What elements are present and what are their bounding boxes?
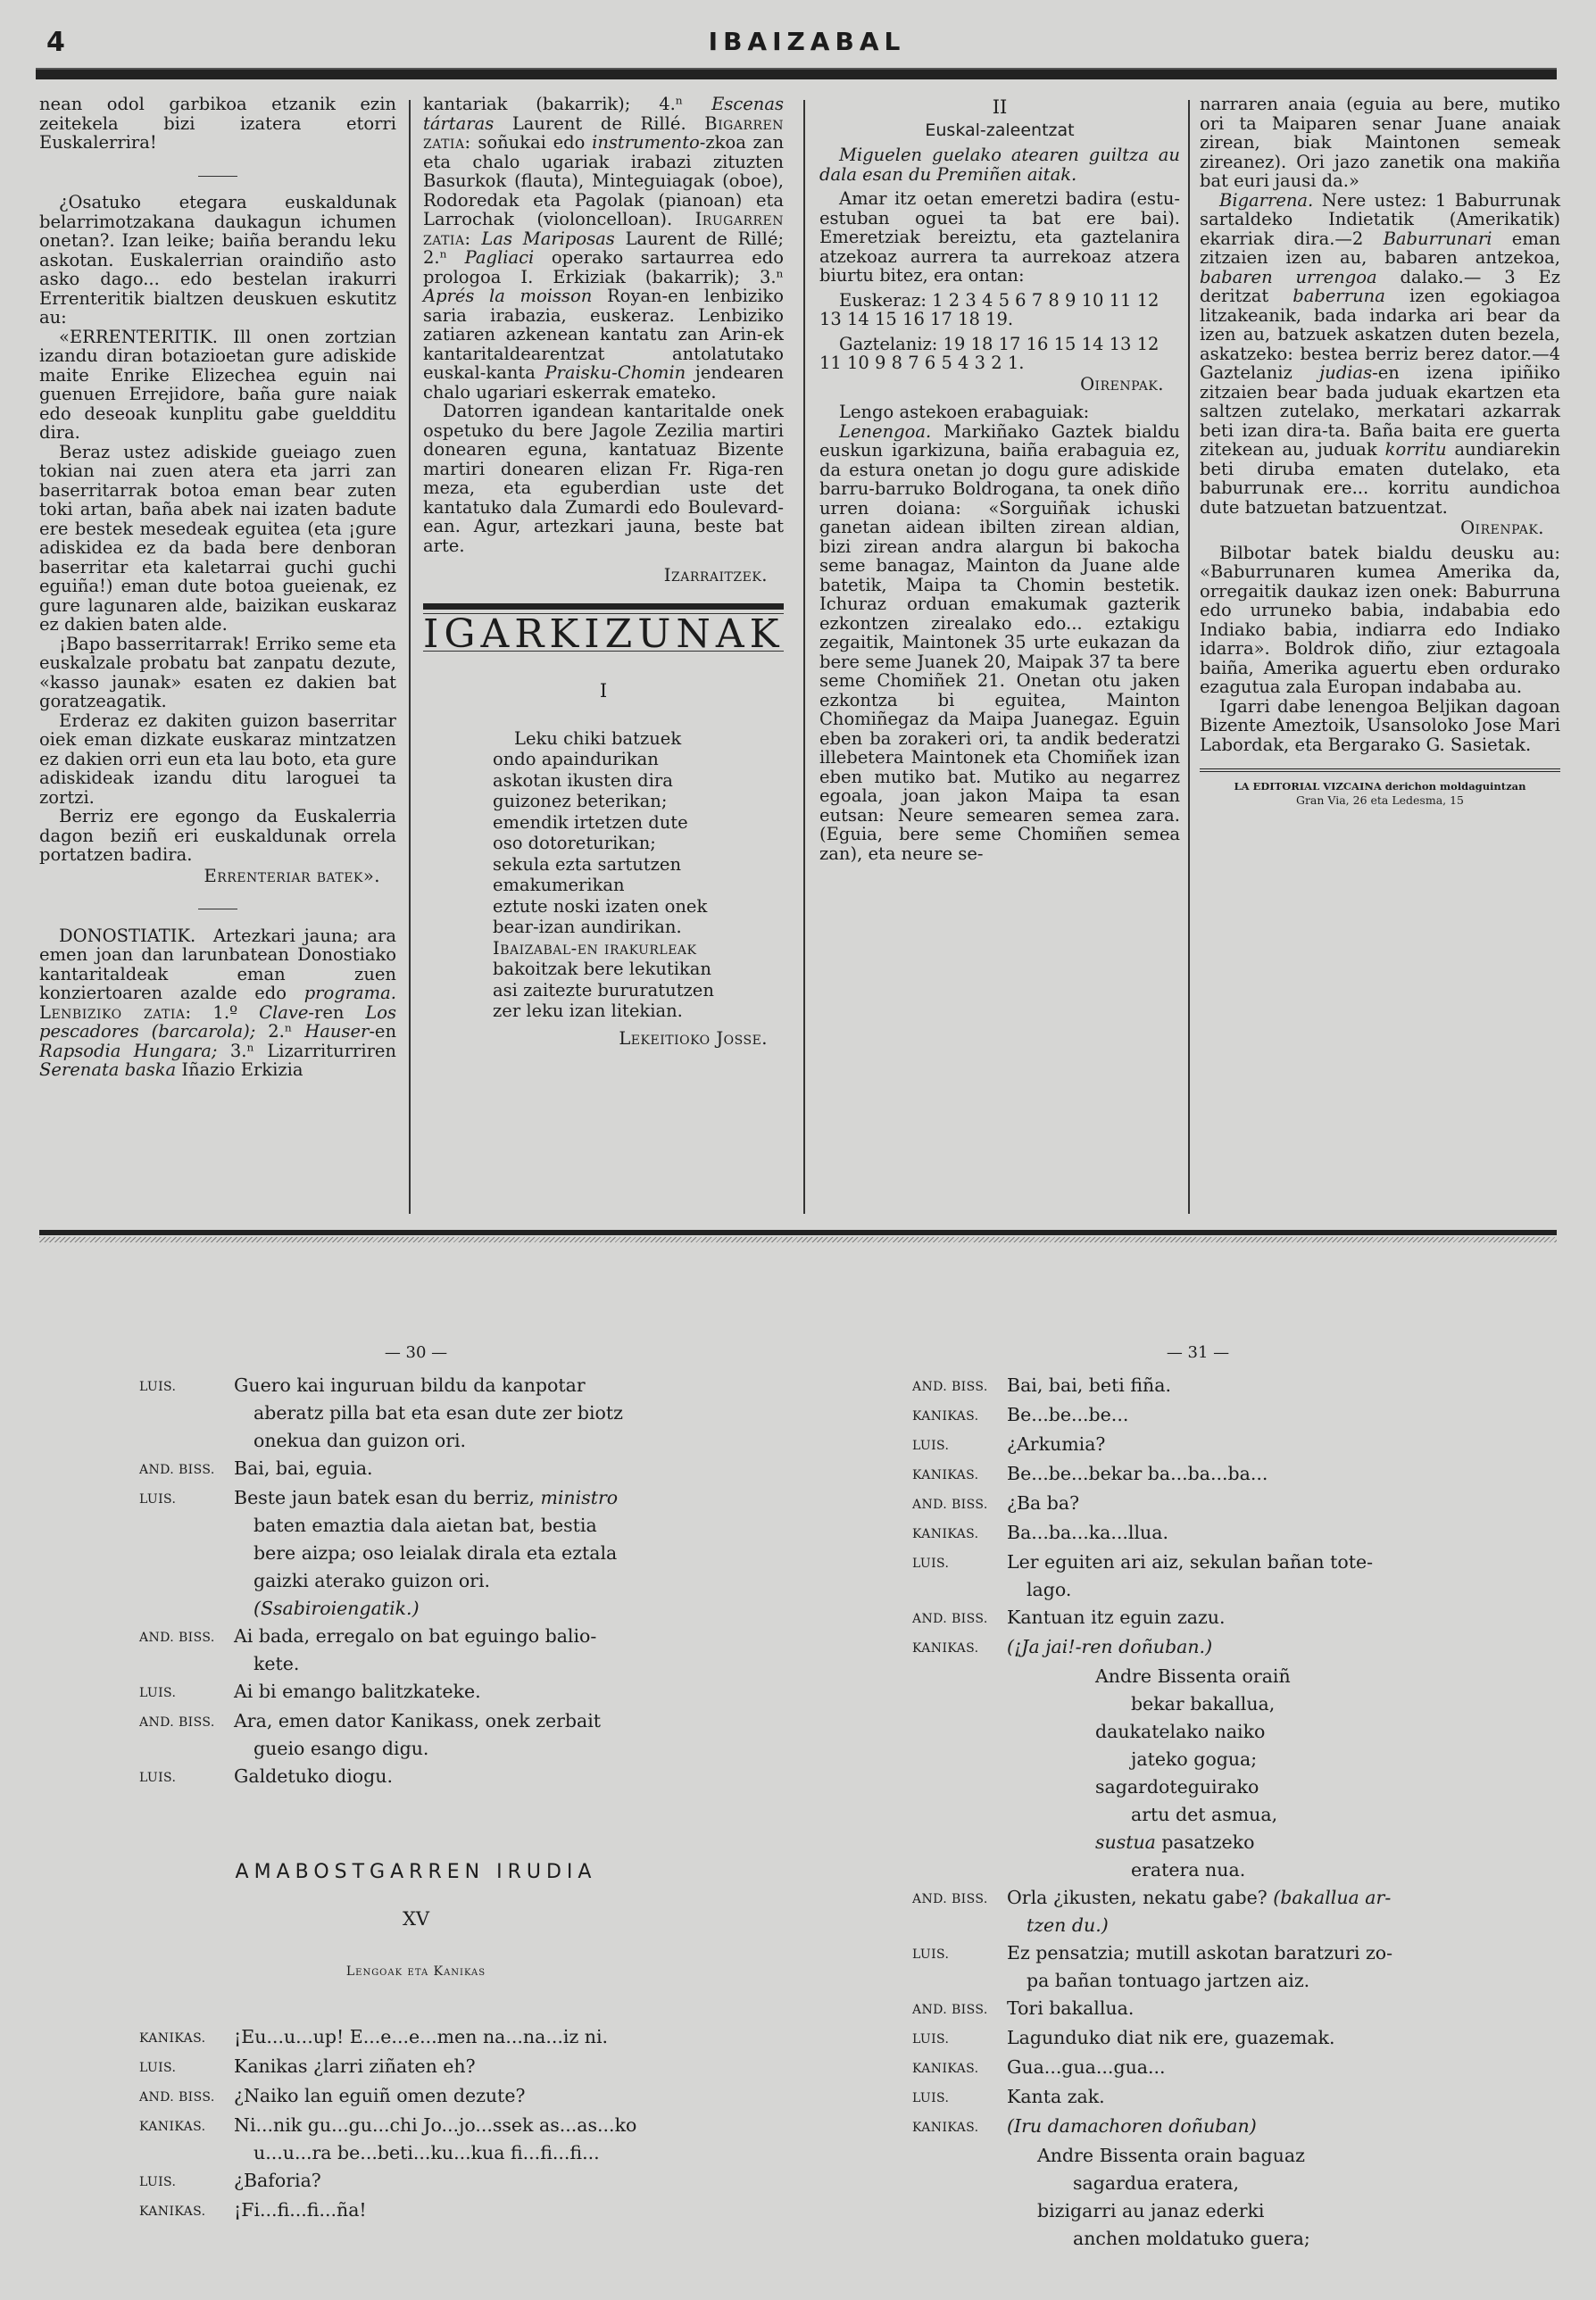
dialogue-text: Ez pensatzia; mutill askotan baratzuri z… [1007,1939,1484,1995]
song-line: anchen moldatuko guera; [1037,2225,1484,2253]
riddle-title: Euskal-zaleentzat [819,121,1180,141]
dialogue-line: And. Biss.¿Naiko lan eguiñ omen dezute? [139,2082,693,2112]
dialogue-line: And. Biss.Orla ¿ikusten, nekatu gabe? (b… [912,1884,1484,1939]
speaker-name: And. Biss. [139,2082,234,2112]
song-line: bekar bakallua, [1095,1690,1484,1718]
speaker-name: Luis. [912,1431,1007,1460]
dialogue-line: Luis.Beste jaun batek esan du berriz, mi… [139,1484,693,1623]
speaker-name: And. Biss. [912,1490,1007,1519]
paragraph: Lenengoa. Markiñako Gaztek bialdu euskun… [819,422,1180,864]
speaker-name: Kanikas. [912,2054,1007,2083]
dialogue-line: Luis.Galdetuko diogu. [139,1763,693,1792]
scene-cast: Lengoak eta Kanikas [139,1958,693,1986]
riddle-number: I [423,682,784,702]
column-1: nean odol garbikoa etzanik ezin zeitekel… [39,95,396,1080]
column-4: narraren anaia (eguia au bere, mutiko or… [1200,95,1560,808]
dialogue-text: (Iru damachoren doñuban) [1007,2113,1484,2142]
dialogue-line: And. Biss.Bai, bai, eguia. [139,1455,693,1484]
dialogue-line: And. Biss.Tori bakallua. [912,1995,1484,2024]
paragraph: ¿Osatuko etegara euskaldunak belarrimotz… [39,193,396,328]
dialogue-text: Ba...ba...ka...llua. [1007,1519,1484,1549]
speaker-name: Luis. [139,2167,234,2196]
dialogue-text: Tori bakallua. [1007,1995,1484,2024]
section-separator [39,162,396,181]
paragraph: Bigarrena. Nere ustez: 1 Baburrunak sart… [1200,191,1560,518]
dialogue-line: Kanikas.¡Fi...fi...fi...ña! [139,2196,693,2226]
song-line: jateko gogua; [1095,1746,1484,1773]
dialogue-line: Kanikas.Gua...gua...gua... [912,2054,1484,2083]
number-sequence: Gaztelaniz: 19 18 17 16 15 14 13 12 11 1… [819,335,1180,373]
song-verse: Andre Bissenta orain baguazsagardua erat… [912,2142,1484,2253]
column-divider [1188,100,1190,1214]
dialogue-line: Kanikas.Be...be...be... [912,1401,1484,1431]
dialogue-text: Be...be...be... [1007,1401,1484,1431]
speaker-name: Luis. [912,1549,1007,1604]
play-page-30: — 30 — Luis.Guero kai inguruan bildu da … [139,1339,693,2226]
dialogue-line: Kanikas.Be...be...bekar ba...ba...ba... [912,1460,1484,1490]
speaker-name: And. Biss. [912,1372,1007,1401]
speaker-name: Kanikas. [912,1460,1007,1490]
song-line: Andre Bissenta oraiñ [1095,1663,1484,1690]
dialogue-text: ¿Baforia? [234,2167,693,2196]
dialogue-text: Be...be...bekar ba...ba...ba... [1007,1460,1484,1490]
speaker-name: Kanikas. [139,2112,234,2167]
speaker-name: Luis. [139,1763,234,1792]
dialogue-text: Guero kai inguruan bildu da kanpotaraber… [234,1372,693,1455]
paragraph: Lengo astekoen erabaguiak: [819,403,1180,422]
paragraph: narraren anaia (eguia au bere, mutiko or… [1200,95,1560,191]
dialogue-line: And. Biss.Ara, emen dator Kanikass, onek… [139,1707,693,1763]
dialogue-text: Beste jaun batek esan du berriz, ministr… [234,1484,693,1623]
dialogue-line: Kanikas.Ba...ba...ka...llua. [912,1519,1484,1549]
masthead-rule [36,68,1557,79]
song-line: sagardoteguirako [1095,1773,1484,1801]
paragraph: Igarri dabe lenengoa Beljikan dagoan Biz… [1200,697,1560,755]
dialogue-line: Kanikas.(Iru damachoren doñuban) [912,2113,1484,2142]
speaker-name: Luis. [139,1678,234,1707]
dialogue-line: Luis.¿Baforia? [139,2167,693,2196]
song-line: sagardua eratera, [1037,2170,1484,2197]
speaker-name: And. Biss. [912,1604,1007,1633]
signature: Oirenpak. [1200,519,1560,538]
riddle-poem: Leku chiki batzuek ondo apaindurikan ask… [423,728,784,1022]
speaker-name: And. Biss. [912,1884,1007,1939]
scene-title: AMABOSTGARREN IRUDIA [139,1858,693,1886]
play-page-31: — 31 — And. Biss.Bai, bai, beti fiña.Kan… [912,1339,1484,2253]
dialogue-text: ¿Arkumia? [1007,1431,1484,1460]
dialogue-text: ¡Eu...u...up! E...e...e...men na...na...… [234,2023,693,2053]
dialogue-line: Luis.Ai bi emango balitzkateke. [139,1678,693,1707]
column-divider [803,100,805,1214]
dialogue-list: And. Biss.Bai, bai, beti fiña.Kanikas.Be… [912,1372,1484,1663]
dialogue-text: Gua...gua...gua... [1007,2054,1484,2083]
scene-number: XV [139,1906,693,1933]
dialogue-text: Lagunduko diat nik ere, guazemak. [1007,2024,1484,2054]
dialogue-line: Kanikas.¡Eu...u...up! E...e...e...men na… [139,2023,693,2053]
speaker-name: And. Biss. [139,1623,234,1678]
masthead: 4 IBAIZABAL [0,0,1596,80]
paragraph: Bilbotar batek bialdu deusku au: «Baburr… [1200,544,1560,697]
dialogue-text: Ni...nik gu...gu...chi Jo...jo...ssek as… [234,2112,693,2167]
paragraph: ¡Bapo basserritarrak! Erriko seme eta eu… [39,635,396,711]
dialogue-line: Luis.¿Arkumia? [912,1431,1484,1460]
dialogue-text: ¿Ba ba? [1007,1490,1484,1519]
dialogue-line: And. Biss.¿Ba ba? [912,1490,1484,1519]
speaker-name: Luis. [912,1939,1007,1995]
riddle-number: II [819,98,1180,118]
dialogue-line: Luis.Lagunduko diat nik ere, guazemak. [912,2024,1484,2054]
song-line: bizigarri au janaz ederki [1037,2197,1484,2225]
dialogue-text: (¡Ja jai!-ren doñuban.) [1007,1633,1484,1663]
newspaper-title: IBAIZABAL [0,27,1596,56]
speaker-name: And. Biss. [139,1455,234,1484]
igarkizunak-section: IGARKIZUNAK I Leku chiki batzuek ondo ap… [423,603,784,1049]
dialogue-text: Orla ¿ikusten, nekatu gabe? (bakallua ar… [1007,1884,1484,1939]
dialogue-line: Luis.Kanikas ¿larri ziñaten eh? [139,2053,693,2082]
dialogue-text: Kanta zak. [1007,2083,1484,2113]
dialogue-text: Ai bi emango balitzkateke. [234,1678,693,1707]
paragraph: «ERRENTERITIK. Ill onen zortzian izandu … [39,328,396,443]
paragraph: Datorren igandean kantaritalde onek ospe… [423,402,784,555]
dialogue-line: Luis.Ler eguiten ari aiz, sekulan bañan … [912,1549,1484,1604]
paragraph: Erderaz ez dakiten guizon baserritar oie… [39,711,396,808]
signature: Lekeitioko Josse. [423,1029,784,1049]
song-line: Andre Bissenta orain baguaz [1037,2142,1484,2170]
speaker-name: Kanikas. [912,2113,1007,2142]
dialogue-line: And. Biss.Bai, bai, beti fiña. [912,1372,1484,1401]
riddle-statement: Miguelen guelako atearen guiltza au dala… [819,145,1180,184]
song-line: daukatelako naiko [1095,1718,1484,1746]
speaker-name: Luis. [139,2053,234,2082]
dialogue-text: Galdetuko diogu. [234,1763,693,1792]
number-sequence: Euskeraz: 1 2 3 4 5 6 7 8 9 10 11 12 13 … [819,291,1180,329]
song-line: sustua pasatzeko [1095,1829,1484,1856]
dialogue-text: Ler eguiten ari aiz, sekulan bañan tote-… [1007,1549,1484,1604]
section-heading: IGARKIZUNAK [423,625,784,644]
speaker-name: Luis. [912,2024,1007,2054]
dateline: DONOSTIATIK. [59,926,195,946]
page-number: — 30 — [139,1339,693,1366]
newspaper-columns: nean odol garbikoa etzanik ezin zeitekel… [39,95,1557,1201]
speaker-name: Luis. [912,2083,1007,2113]
dialogue-text: Bai, bai, beti fiña. [1007,1372,1484,1401]
signature: Izarraitzek. [423,566,784,585]
paragraph: nean odol garbikoa etzanik ezin zeitekel… [39,95,396,153]
song-line: artu det asmua, [1095,1801,1484,1829]
paragraph: kantariak (bakarrik); 4.ⁿ Escenas tártar… [423,95,784,402]
signature: Oirenpak. [819,375,1180,394]
speaker-name: Luis. [139,1372,234,1455]
paragraph: Beraz ustez adiskide gueiago zuen tokian… [39,443,396,635]
speaker-name: Kanikas. [139,2196,234,2226]
page-separator-rule [39,1230,1557,1235]
speaker-name: Kanikas. [139,2023,234,2053]
column-divider [409,100,411,1214]
speaker-name: Luis. [139,1484,234,1623]
paragraph: Berriz ere egongo da Euskalerria dagon b… [39,807,396,865]
section-separator [39,894,396,914]
speaker-name: Kanikas. [912,1633,1007,1663]
speaker-name: And. Biss. [912,1995,1007,2024]
dialogue-text: Ai bada, erregalo on bat eguingo balio-k… [234,1623,693,1678]
dialogue-text: ¡Fi...fi...fi...ña! [234,2196,693,2226]
dialogue-text: Kanikas ¿larri ziñaten eh? [234,2053,693,2082]
speaker-name: Kanikas. [912,1401,1007,1431]
dialogue-line: Luis.Ez pensatzia; mutill askotan baratz… [912,1939,1484,1995]
page-number: — 31 — [912,1339,1484,1366]
speaker-name: And. Biss. [139,1707,234,1763]
signature: Errenteriar batek». [39,867,396,886]
paragraph: Amar itz oetan emeretzi badira (estu-est… [819,189,1180,286]
column-3: II Euskal-zaleentzat Miguelen guelako at… [819,95,1180,863]
printer-imprint: LA EDITORIAL VIZCAINA derichon moldaguin… [1200,768,1560,808]
heading-rule [423,603,784,610]
dialogue-text: ¿Naiko lan eguiñ omen dezute? [234,2082,693,2112]
dialogue-line: Kanikas.Ni...nik gu...gu...chi Jo...jo..… [139,2112,693,2167]
paragraph: DONOSTIATIK. Artezkari jauna; ara emen j… [39,926,396,1080]
dialogue-list: And. Biss.Orla ¿ikusten, nekatu gabe? (b… [912,1884,1484,2142]
dialogue-text: Ara, emen dator Kanikass, onek zerbaitgu… [234,1707,693,1763]
dialogue-text: Kantuan itz eguin zazu. [1007,1604,1484,1633]
column-2: kantariak (bakarrik); 4.ⁿ Escenas tártar… [423,95,784,1053]
song-verse: Andre Bissenta oraiñbekar bakallua,dauka… [912,1663,1484,1884]
dialogue-list: Kanikas.¡Eu...u...up! E...e...e...men na… [139,2023,693,2226]
dialogue-list: Luis.Guero kai inguruan bildu da kanpota… [139,1372,693,1792]
dialogue-line: Luis.Kanta zak. [912,2083,1484,2113]
dialogue-line: Kanikas.(¡Ja jai!-ren doñuban.) [912,1633,1484,1663]
page-separator-zigzag [39,1237,1557,1242]
dialogue-text: Bai, bai, eguia. [234,1455,693,1484]
dialogue-line: And. Biss.Kantuan itz eguin zazu. [912,1604,1484,1633]
speaker-name: Kanikas. [912,1519,1007,1549]
song-line: eratera nua. [1095,1856,1484,1884]
dialogue-line: Luis.Guero kai inguruan bildu da kanpota… [139,1372,693,1455]
dialogue-line: And. Biss.Ai bada, erregalo on bat eguin… [139,1623,693,1678]
